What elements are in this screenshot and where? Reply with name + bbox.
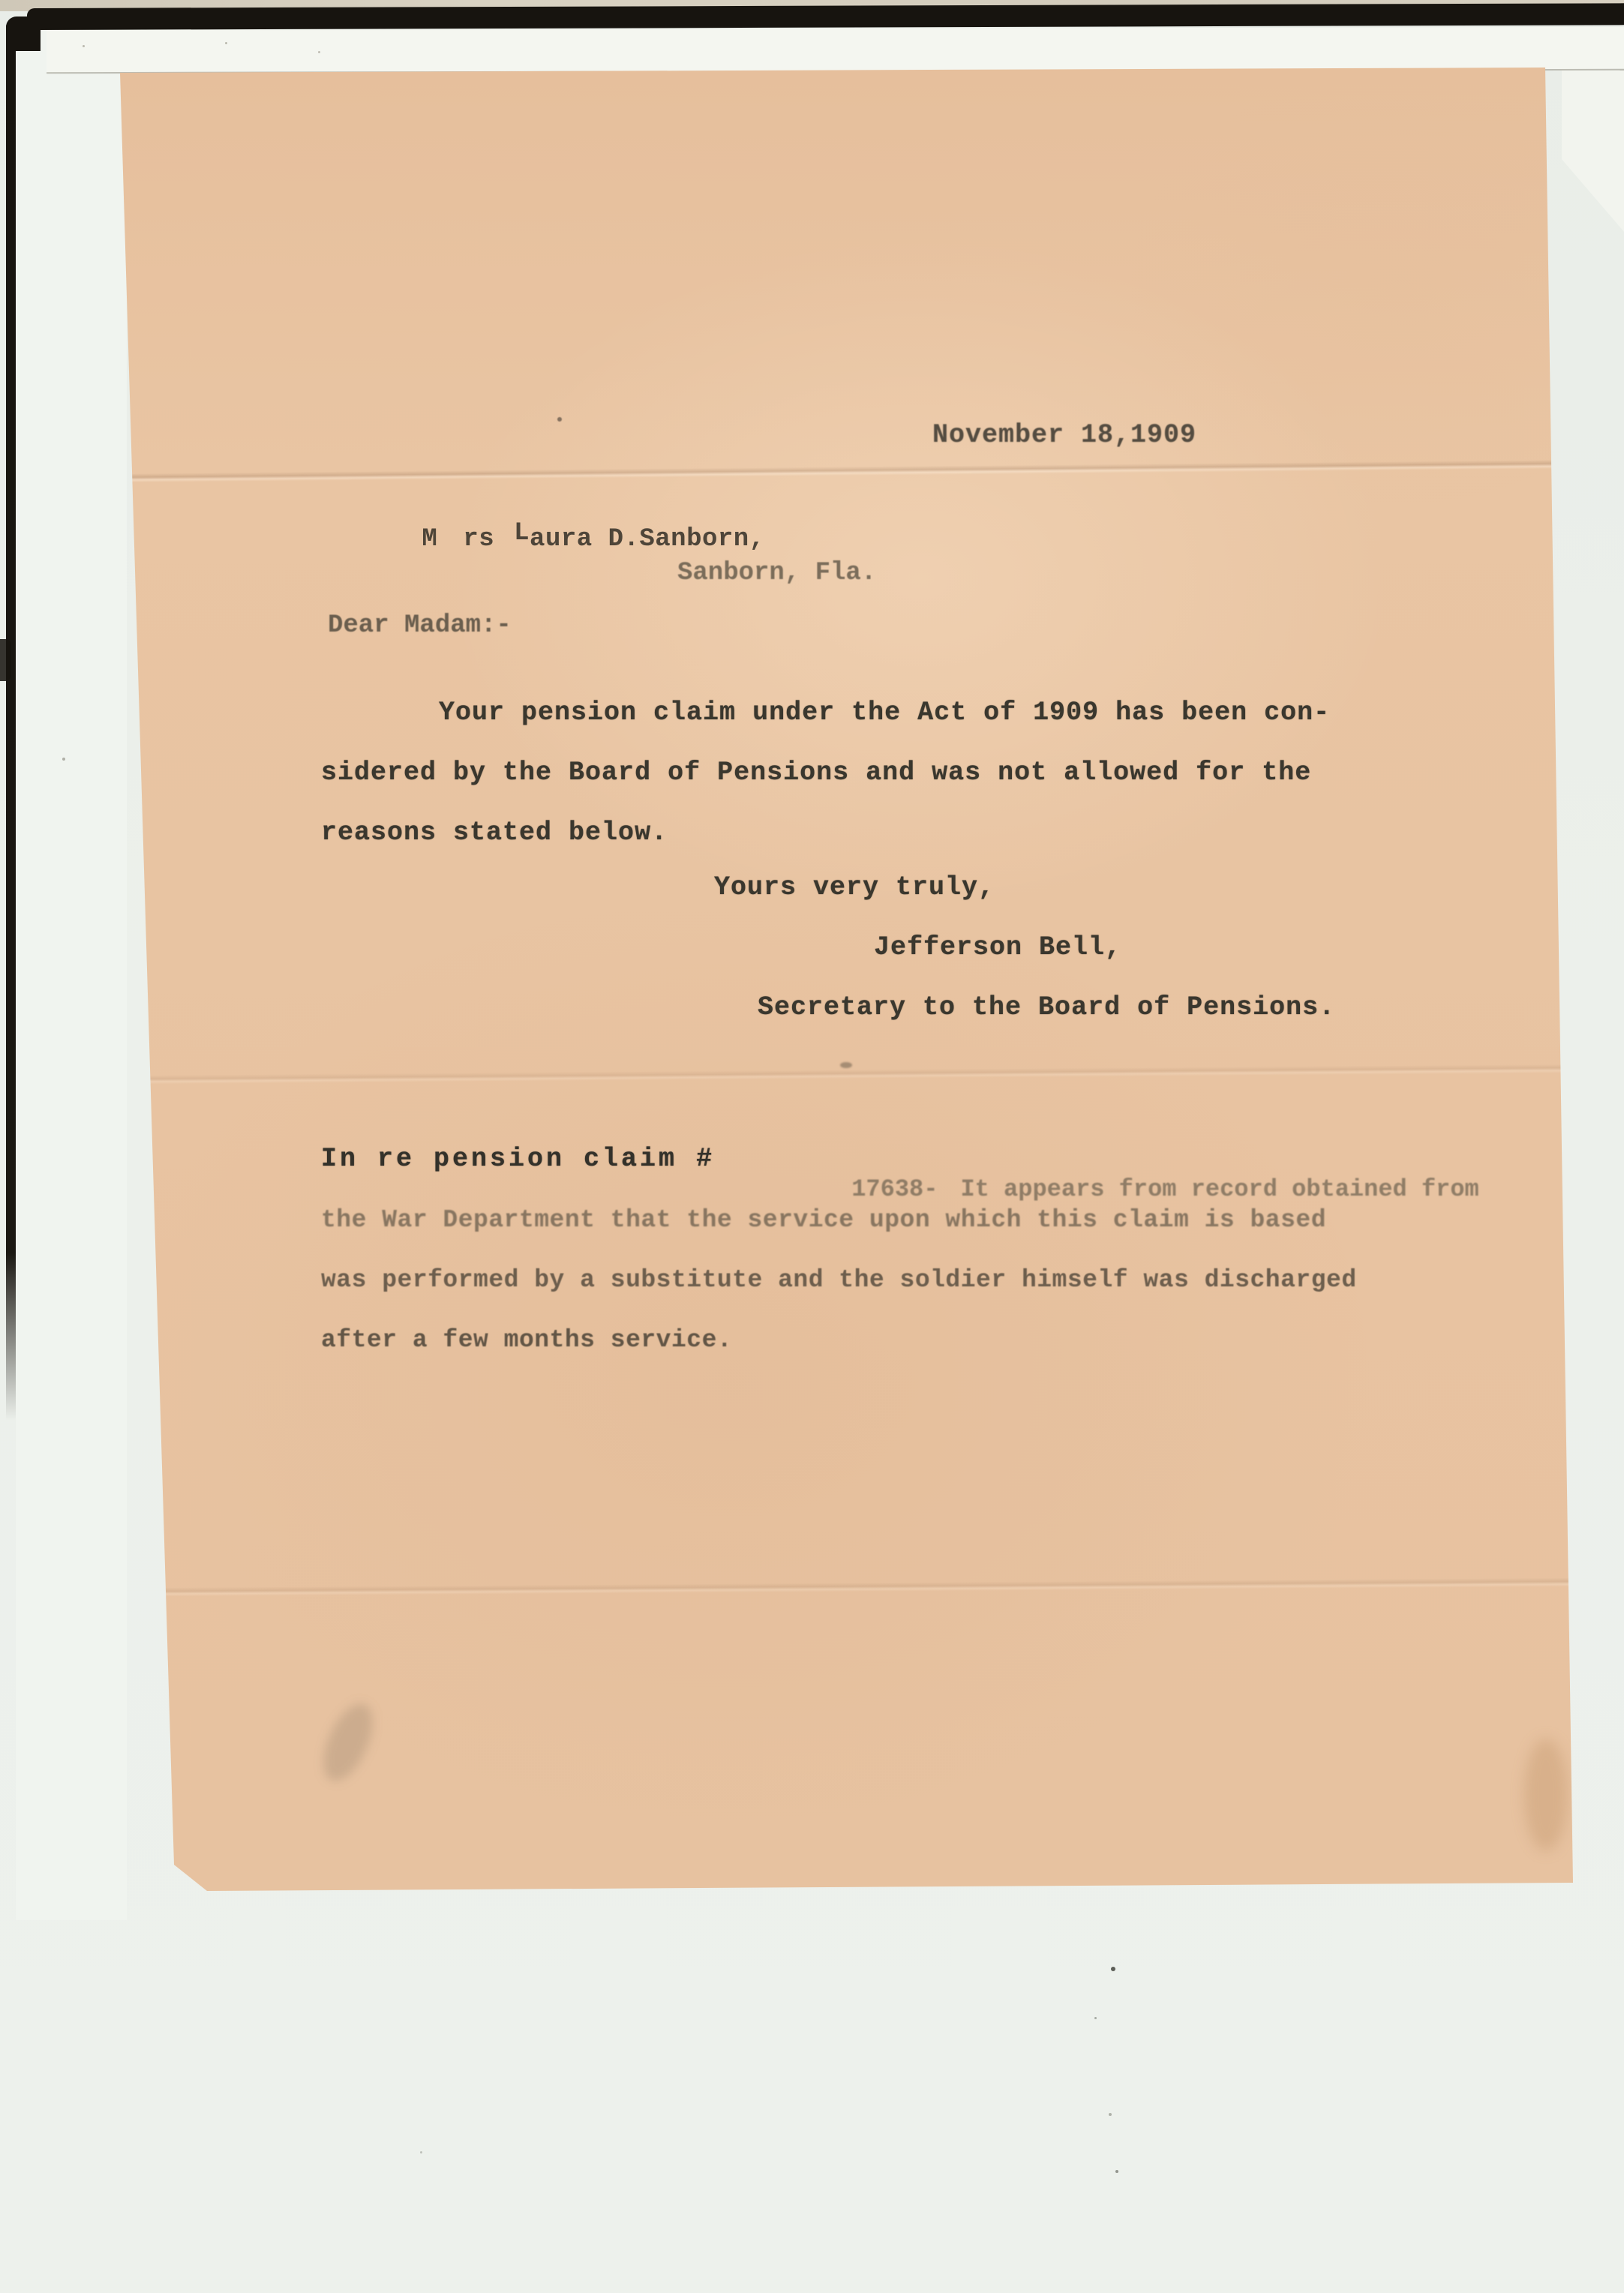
dust-speck	[1115, 2170, 1118, 2173]
dust-speck	[1094, 2017, 1097, 2019]
re-line-4: after a few months service.	[321, 1326, 732, 1354]
recipient-title-suffix: rs	[463, 525, 494, 554]
dust-speck	[420, 2151, 422, 2153]
dust-speck	[62, 758, 65, 761]
body-line-1: Your pension claim under the Act of 1909…	[439, 698, 1330, 728]
dust-speck	[83, 45, 85, 47]
recipient-city-line: Sanborn, Fla.	[677, 559, 876, 587]
letter-text: November 18,1909 MrsLaura D.Sanborn, San…	[0, 0, 1624, 2293]
re-heading: In re pension claim #	[321, 1144, 715, 1174]
body-line-3: reasons stated below.	[321, 818, 668, 848]
signer-title-line: Secretary to the Board of Pensions.	[758, 992, 1335, 1022]
dust-speck	[1111, 1967, 1115, 1971]
signer-name-line: Jefferson Bell,	[874, 932, 1121, 962]
recipient-raised-initial: L	[514, 519, 530, 548]
valediction-line: Yours very truly,	[714, 872, 995, 902]
recipient-name: aura D.Sanborn,	[530, 525, 765, 554]
body-line-2: sidered by the Board of Pensions and was…	[321, 758, 1311, 788]
re-line-2: the War Department that the service upon…	[321, 1206, 1326, 1234]
recipient-prefix: M	[422, 525, 437, 554]
salutation-line: Dear Madam:-	[328, 611, 512, 640]
scanned-letter-page: November 18,1909 MrsLaura D.Sanborn, San…	[0, 0, 1624, 2293]
re-continuation: It appears from record obtained from	[960, 1175, 1478, 1203]
date-line: November 18,1909	[932, 420, 1196, 450]
re-line-3: was performed by a substitute and the so…	[321, 1266, 1357, 1294]
dust-speck	[1109, 2113, 1112, 2116]
dust-speck	[225, 42, 227, 44]
claim-number: 17638-	[851, 1175, 938, 1203]
dust-speck	[318, 51, 320, 53]
